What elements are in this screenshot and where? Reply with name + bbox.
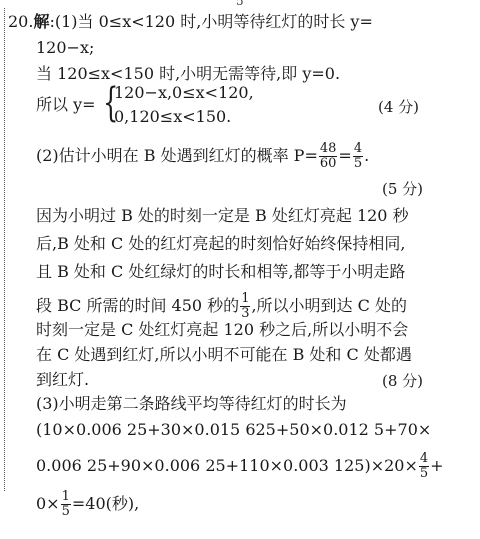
part2-line5-b: ,所以小明到达 C 处的 — [251, 296, 407, 315]
part2-line3: 后,B 处和 C 处的红灯亮起的时刻恰好始终保持相同, — [36, 234, 405, 254]
part1-text-1: :(1)当 0≤x<120 时,小明等待红灯的时长 y= — [49, 12, 372, 31]
fraction-4-5-b: 45 — [419, 452, 429, 481]
fraction-1-3: 13 — [240, 292, 250, 321]
part3-line4-a: 0× — [36, 494, 60, 513]
part2-line7: 在 C 处遇到红灯,所以小明不可能在 B 处和 C 处都遇 — [36, 345, 412, 365]
part2-line5: 段 BC 所需的时间 450 秒的13,所以小明到达 C 处的 — [36, 292, 407, 321]
piecewise-case-2: 0,120≤x<150. — [114, 107, 231, 126]
part2-line5-a: 段 BC 所需的时间 450 秒的 — [36, 296, 239, 315]
part2-line1: (2)估计小明在 B 处遇到红灯的概率 P=4860=45. — [36, 142, 369, 171]
piecewise-prefix: 所以 y= — [36, 95, 96, 115]
score-part2-a: (5 分) — [382, 178, 423, 199]
score-part1: (4 分) — [378, 96, 419, 117]
part1-line2: 120−x; — [36, 38, 94, 58]
piecewise-case-1: 120−x,0≤x<120, — [114, 83, 254, 102]
part3-line1: (3)小明走第二条路线平均等待红灯的时长为 — [36, 394, 347, 414]
part2-line4: 且 B 处和 C 处红绿灯的时长和相等,都等于小明走路 — [36, 262, 405, 282]
problem-number: 20. — [8, 12, 33, 31]
part1-line3: 当 120≤x<150 时,小明无需等待,即 y=0. — [36, 64, 340, 84]
part2-line2: 因为小明过 B 处的时刻一定是 B 处红灯亮起 120 秒 — [36, 206, 409, 226]
fraction-4-5: 45 — [353, 142, 363, 171]
fraction-48-60: 4860 — [319, 142, 338, 171]
left-dotted-border — [4, 8, 5, 491]
solution-label: 解 — [33, 12, 49, 31]
part3-line4-b: =40(秒), — [72, 494, 139, 513]
part2-line6: 时刻一定是 C 处红灯亮起 120 秒之后,所以小明不会 — [36, 320, 408, 340]
part3-line2: (10×0.006 25+30×0.015 625+50×0.012 5+70× — [36, 420, 431, 440]
part3-line3-a: 0.006 25+90×0.006 25+110×0.003 125)×20× — [36, 456, 418, 475]
score-part2-b: (8 分) — [382, 370, 423, 391]
part3-line4: 0×15=40(秒), — [36, 490, 139, 519]
fraction-1-5: 15 — [61, 490, 71, 519]
page-number-fragment: 5 — [236, 0, 244, 8]
part1-line1: 20.解:(1)当 0≤x<120 时,小明等待红灯的时长 y= — [8, 12, 373, 32]
part2-line8: 到红灯. — [36, 370, 89, 390]
part3-line3: 0.006 25+90×0.006 25+110×0.003 125)×20×4… — [36, 452, 444, 481]
part2-probability-text: (2)估计小明在 B 处遇到红灯的概率 P= — [36, 146, 318, 165]
